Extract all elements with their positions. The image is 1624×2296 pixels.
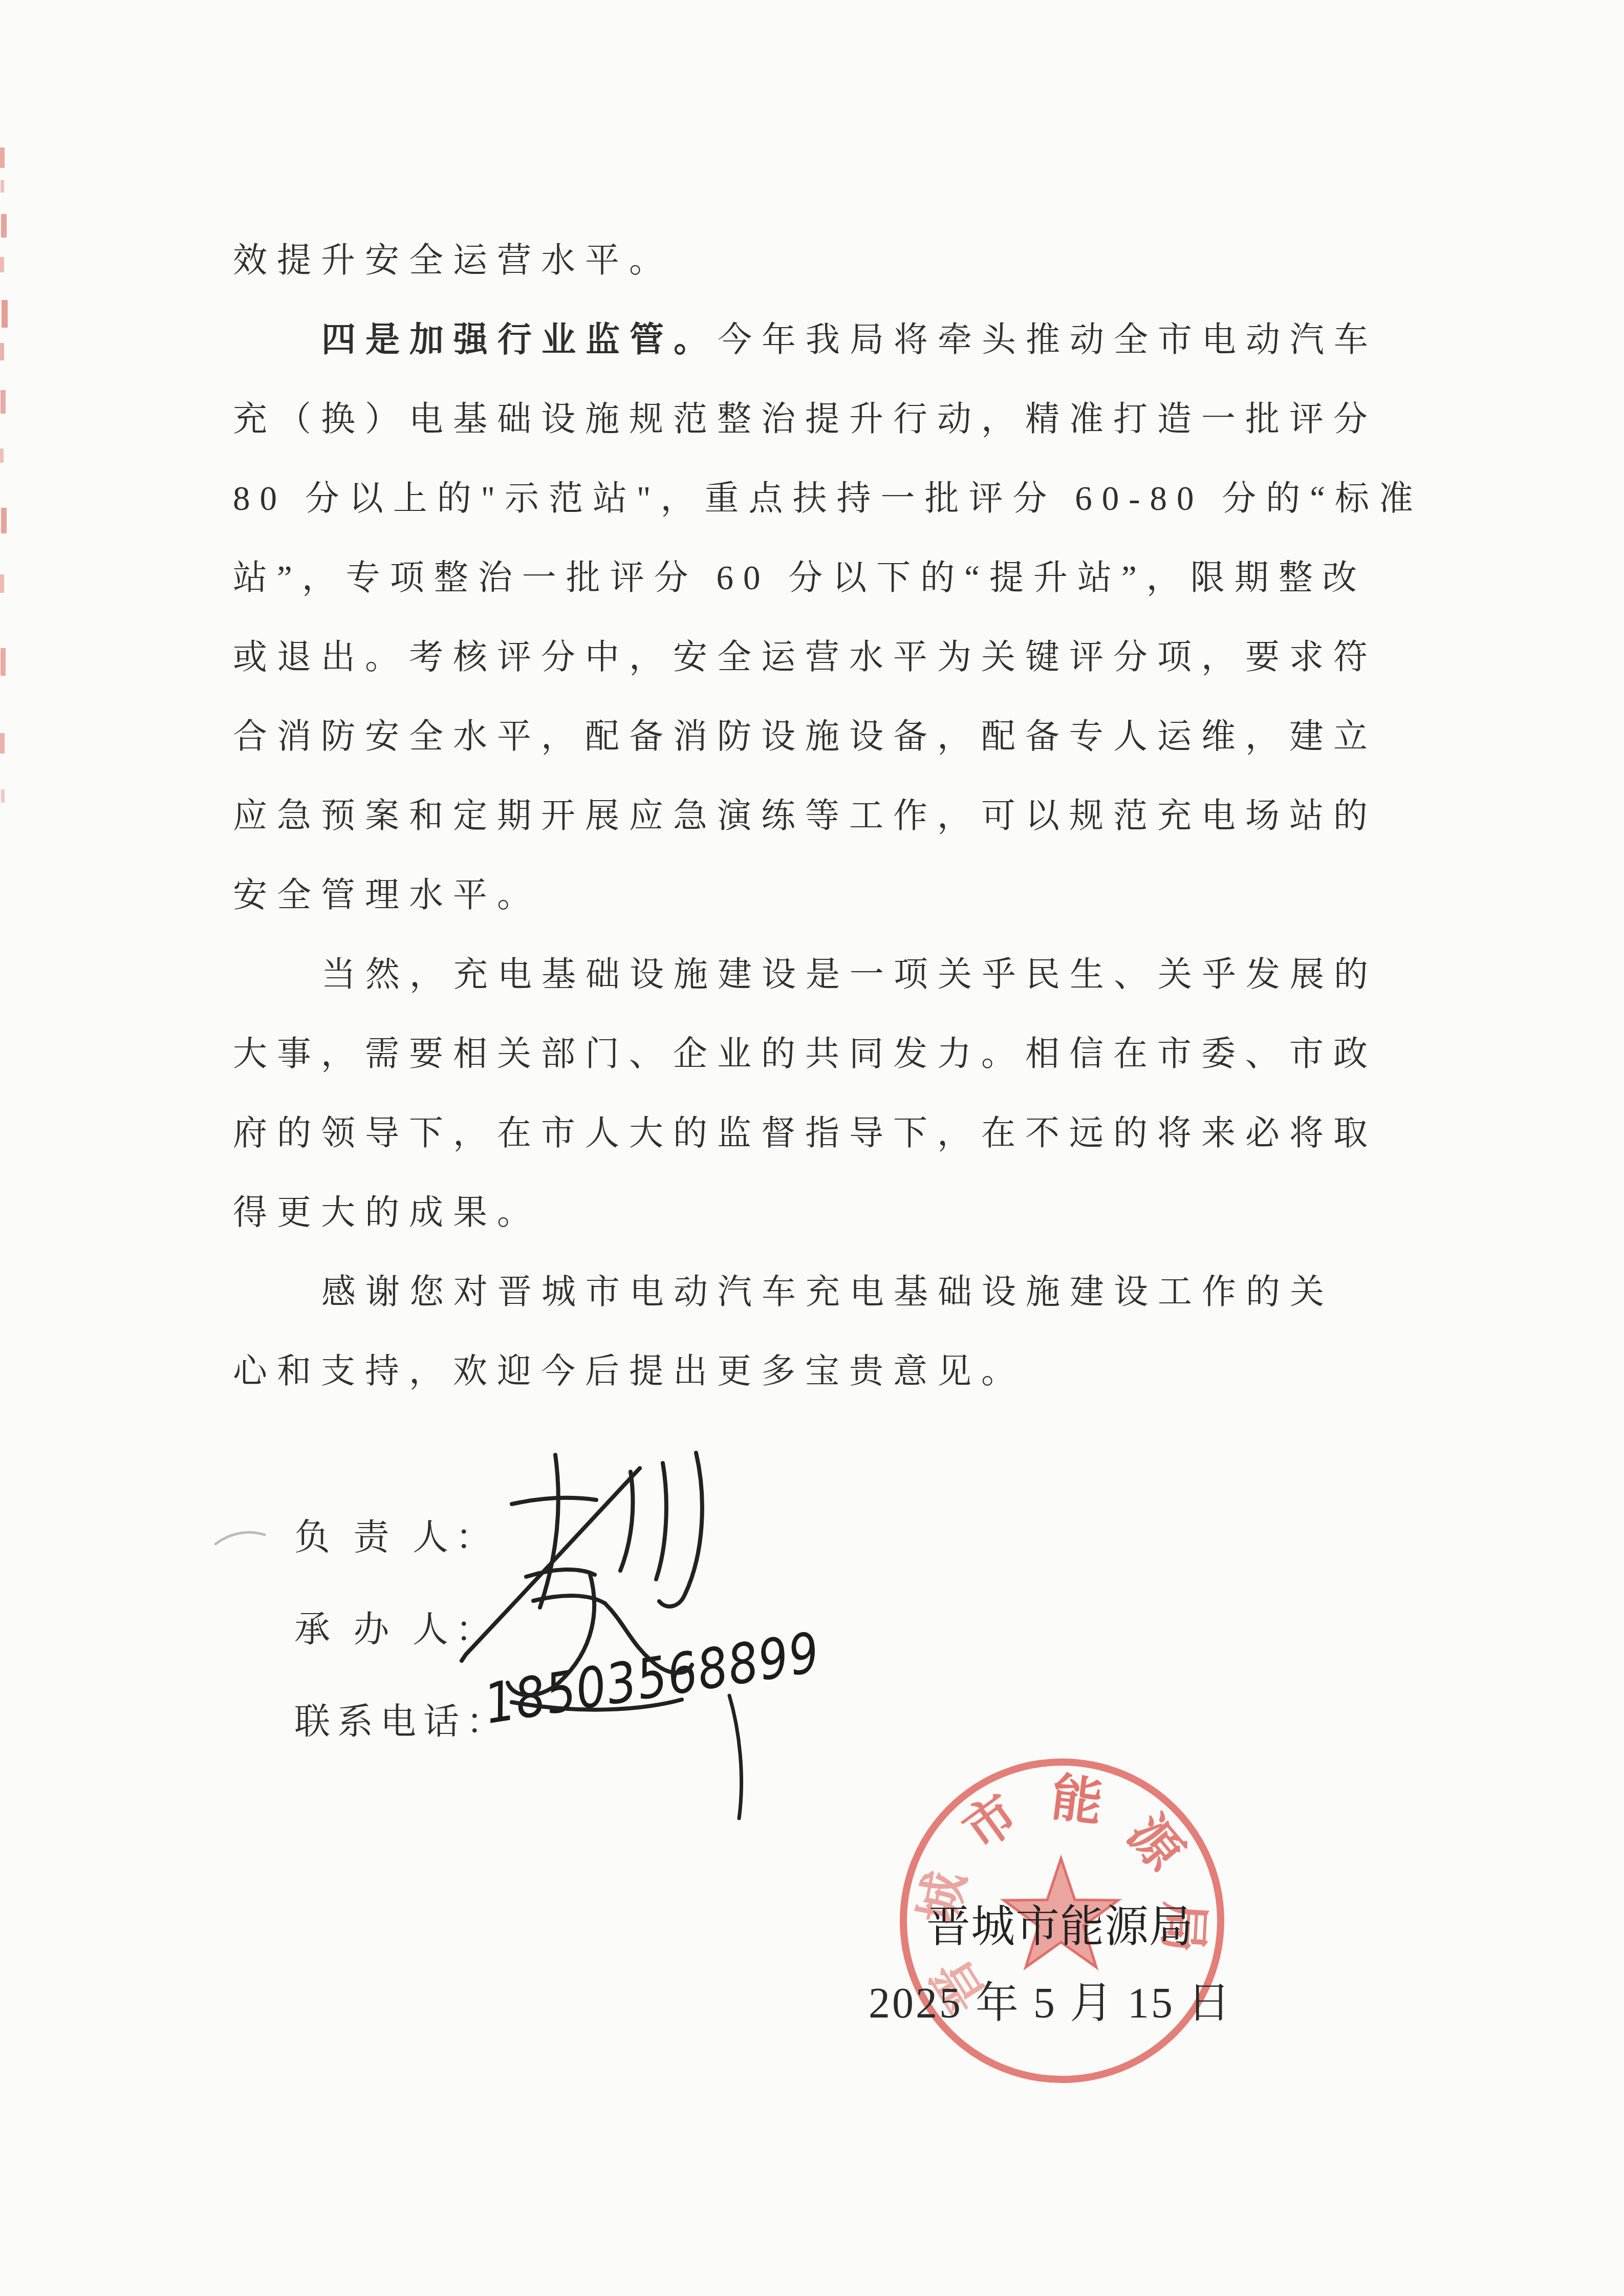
body-line: 站”，专项整治一批评分 60 分以下的“提升站”，限期整改 xyxy=(233,539,1410,618)
scan-artifact-mark xyxy=(1,648,6,676)
scan-artifact-mark xyxy=(0,257,4,272)
responsible-signature xyxy=(462,1453,702,1661)
body-line: 应急预案和定期开展应急演练等工作，可以规范充电场站的 xyxy=(233,777,1410,856)
body-line: 得更大的成果。 xyxy=(233,1173,1410,1253)
scan-artifact-mark xyxy=(0,574,4,593)
body-line: 心和支持，欢迎今后提出更多宝贵意见。 xyxy=(233,1332,1410,1411)
scan-artifact-mark xyxy=(1,508,7,533)
seal-ring-char: 能 xyxy=(1048,1769,1106,1832)
scan-artifact-mark xyxy=(2,300,8,328)
phone-number-tail-stroke xyxy=(729,1696,742,1818)
body-line: 80 分以上的"示范站"，重点扶持一批评分 60-80 分的“标准 xyxy=(233,459,1410,539)
handwritten-signatures xyxy=(435,1423,824,1843)
undertaker-signature xyxy=(508,1570,692,1710)
body-line: 四是加强行业监管。今年我局将牵头推动全市电动汽车 xyxy=(233,301,1410,380)
body-line: 当然，充电基础设施建设是一项关乎民生、关乎发展的 xyxy=(233,935,1410,1015)
body-line: 充（换）电基础设施规范整治提升行动，精准打造一批评分 xyxy=(233,380,1410,459)
scan-artifact-mark xyxy=(1,390,6,414)
scan-artifact-mark xyxy=(1,180,4,192)
body-line: 效提升安全运营水平。 xyxy=(233,221,1410,301)
body-line: 大事，需要相关部门、企业的共同发力。相信在市委、市政 xyxy=(233,1015,1410,1094)
agency-name: 晋城市能源局 xyxy=(926,1891,1194,1955)
body-line: 府的领导下，在市人大的监督指导下，在不远的将来必将取 xyxy=(233,1094,1410,1173)
scan-artifact-mark xyxy=(0,147,5,168)
body-line: 感谢您对晋城市电动汽车充电基础设施建设工作的关 xyxy=(233,1253,1410,1332)
scan-artifact-mark xyxy=(0,448,4,463)
scan-artifact-mark xyxy=(1,789,5,803)
body-line: 合消防安全水平，配备消防设施设备，配备专人运维，建立 xyxy=(233,697,1410,777)
document-page: 效提升安全运营水平。 四是加强行业监管。今年我局将牵头推动全市电动汽车 充（换）… xyxy=(0,0,1624,2296)
letter-body: 效提升安全运营水平。 四是加强行业监管。今年我局将牵头推动全市电动汽车 充（换）… xyxy=(233,221,1410,1411)
pen-mark xyxy=(212,1526,269,1549)
scan-artifact-mark xyxy=(0,343,4,360)
scan-artifact-mark xyxy=(1,214,7,238)
scan-artifact-mark xyxy=(0,733,5,754)
body-line: 安全管理水平。 xyxy=(233,856,1410,935)
issue-date: 2025 年 5 月 15 日 xyxy=(869,1968,1232,2030)
body-line: 或退出。考核评分中，安全运营水平为关键评分项，要求符 xyxy=(233,618,1410,697)
